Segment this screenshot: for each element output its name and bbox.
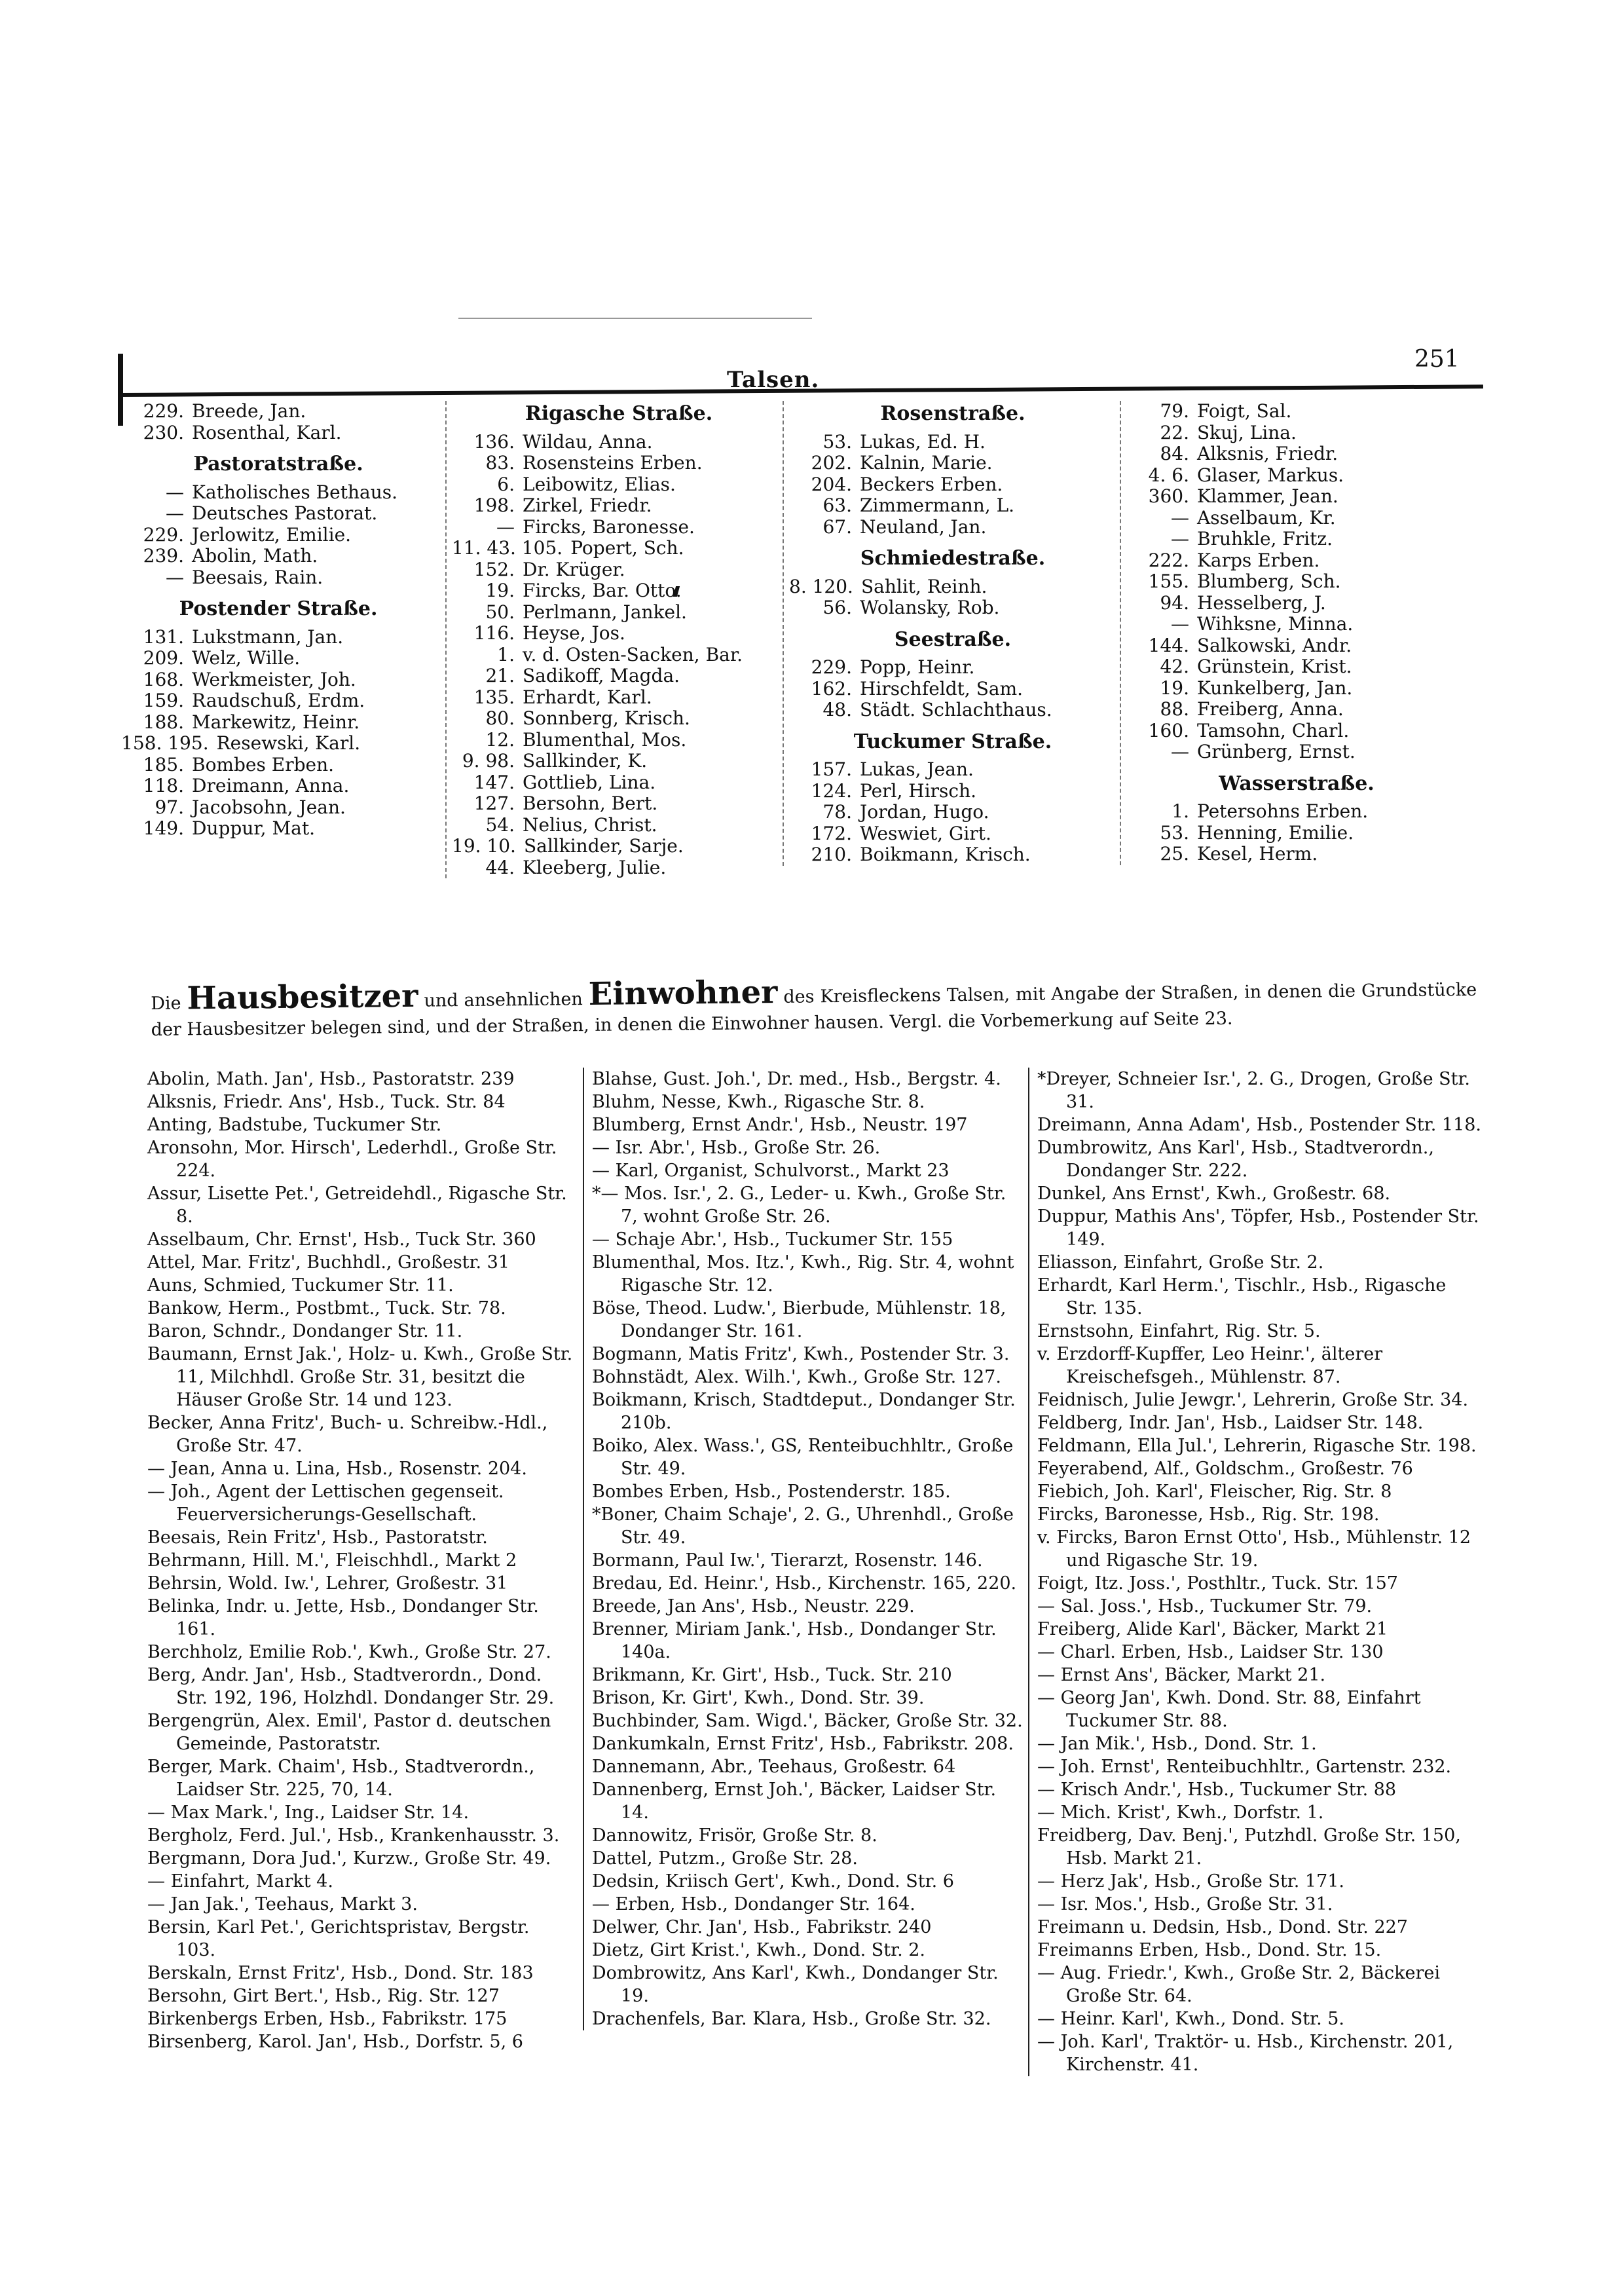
house-number: 157. [789, 759, 852, 781]
owner-name: Kunkelberg, Jan. [1197, 677, 1352, 699]
resident-entry: Beesais, Rein Fritz', Hsb., Pastoratstr. [147, 1526, 573, 1549]
resident-entry: Baumann, Ernst Jak.', Holz- u. Kwh., Gro… [147, 1343, 573, 1411]
resident-entry: Fiebich, Joh. Karl', Fleischer, Rig. Str… [1037, 1480, 1483, 1503]
owner-entry: 202.Kalnin, Marie. [789, 453, 1116, 474]
resident-entry: *Boner, Chaim Schaje', 2. G., Uhrenhdl.,… [592, 1503, 1024, 1549]
house-number: 168. [121, 669, 184, 691]
owner-entry: 11. 43. 105.Popert, Sch. [452, 538, 786, 559]
resident-entry: Freiberg, Alide Karl', Bäcker, Markt 21 [1037, 1618, 1483, 1641]
owner-name: Welz, Wille. [192, 647, 300, 669]
house-number: 144. [1126, 635, 1189, 657]
owner-entry: 185.Bombes Erben. [121, 755, 435, 776]
resident-entry: Behrsin, Wold. Iw.', Lehrer, Großestr. 3… [147, 1572, 573, 1595]
resident-entry: Bergholz, Ferd. Jul.', Hsb., Krankenhaus… [147, 1824, 573, 1847]
owner-name: Freiberg, Anna. [1197, 698, 1344, 720]
owner-entry: 204.Beckers Erben. [789, 474, 1116, 496]
owner-name: Asselbaum, Kr. [1197, 507, 1336, 529]
owner-name: Grünstein, Krist. [1197, 656, 1352, 677]
owner-entry: 210.Boikmann, Krisch. [789, 844, 1116, 866]
owner-name: Fircks, Baronesse. [523, 516, 695, 538]
section-introduction: Die Hausbesitzer und ansehnlichen Einwoh… [151, 972, 1477, 1043]
owner-entry: 54.Nelius, Christ. [452, 815, 786, 836]
resident-entry: v. Fircks, Baron Ernst Otto', Hsb., Mühl… [1037, 1526, 1483, 1572]
resident-entry: Dannemann, Abr., Teehaus, Großestr. 64 [592, 1755, 1024, 1778]
resident-entry: Attel, Mar. Fritz', Buchhdl., Großestr. … [147, 1251, 573, 1274]
owner-entry: —Deutsches Pastorat. [121, 503, 435, 525]
house-number: 131. [121, 627, 184, 648]
house-number: 152. [452, 559, 515, 581]
owner-entry: 1.Petersohns Erben. [1126, 801, 1467, 823]
resident-entry: — Georg Jan', Kwh. Dond. Str. 88, Einfah… [1037, 1687, 1483, 1732]
house-number: 79. [1126, 401, 1189, 422]
resident-entry: — Herz Jak', Hsb., Große Str. 171. [1037, 1870, 1483, 1893]
owner-entry: 83.Rosensteins Erben. [452, 453, 786, 474]
house-number: — [452, 517, 515, 538]
resident-entry: Anting, Badstube, Tuckumer Str. [147, 1113, 573, 1136]
owner-entry: —Bruhkle, Fritz. [1126, 529, 1467, 550]
owner-name: Jacobsohn, Jean. [192, 796, 346, 818]
house-number: 1. [452, 644, 515, 666]
owner-entry: 19.Fircks, Bar. Otto. [452, 580, 786, 602]
owner-entry: 67.Neuland, Jan. [789, 517, 1116, 538]
house-number: 78. [789, 802, 852, 823]
resident-entry: Brikmann, Kr. Girt', Hsb., Tuck. Str. 21… [592, 1664, 1024, 1687]
house-number: — [1126, 529, 1189, 550]
owner-name: Lukas, Jean. [860, 758, 974, 780]
owner-name: Blumberg, Sch. [1197, 570, 1341, 592]
owner-entry: 229.Popp, Heinr. [789, 657, 1116, 679]
owner-entry: 157.Lukas, Jean. [789, 759, 1116, 781]
resident-entry: — Krisch Andr.', Hsb., Tuckumer Str. 88 [1037, 1778, 1483, 1801]
street-heading: Rigasche Straße. [452, 403, 786, 425]
owner-entry: 50.Perlmann, Jankel. [452, 602, 786, 624]
resident-entry: — Joh. Ernst', Renteibuchhltr., Gartenst… [1037, 1755, 1483, 1778]
owner-entry: —Grünberg, Ernst. [1126, 741, 1467, 763]
house-number: 53. [789, 432, 852, 453]
resident-entry: Blumenthal, Mos. Itz.', Kwh., Rig. Str. … [592, 1251, 1024, 1297]
street-heading: Schmiedestraße. [789, 548, 1116, 570]
owner-name: Werkmeister, Joh. [192, 669, 356, 690]
resident-entry: Abolin, Math. Jan', Hsb., Pastoratstr. 2… [147, 1068, 573, 1091]
house-number: — [1126, 614, 1189, 635]
house-number: 6. [452, 474, 515, 496]
intro-prefix: Die [151, 994, 181, 1014]
owner-name: Grünberg, Ernst. [1197, 741, 1356, 762]
owner-entry: 147.Gottlieb, Lina. [452, 772, 786, 794]
owner-entry: 160.Tamsohn, Charl. [1126, 720, 1467, 742]
owner-name: Petersohns Erben. [1197, 800, 1368, 822]
owner-entry: 8. 120.Sahlit, Reinh. [789, 576, 1116, 598]
resident-entry: Bersohn, Girt Bert.', Hsb., Rig. Str. 12… [147, 1985, 573, 2007]
intro-middle: und ansehnlichen [424, 989, 583, 1011]
owner-name: Lukas, Ed. H. [860, 431, 986, 453]
owner-entry: 135.Erhardt, Karl. [452, 687, 786, 709]
house-number: 159. [121, 690, 184, 712]
house-number: 210. [789, 844, 852, 866]
resident-entry: — Aug. Friedr.', Kwh., Große Str. 2, Bäc… [1037, 1962, 1483, 2007]
owner-name: Perl, Hirsch. [860, 780, 976, 802]
owner-name: Erhardt, Karl. [523, 686, 652, 708]
owner-entry: 172.Weswiet, Girt. [789, 823, 1116, 845]
house-number: 116. [452, 623, 515, 644]
resident-entry: Birkenbergs Erben, Hsb., Fabrikstr. 175 [147, 2007, 573, 2030]
owner-entry: 116.Heyse, Jos. [452, 623, 786, 644]
owner-entry: 19. 10.Sallkinder, Sarje. [452, 836, 786, 857]
page-number: 251 [1414, 346, 1460, 373]
resident-entry: Bankow, Herm., Postbmt., Tuck. Str. 78. [147, 1297, 573, 1320]
owner-entry: 78.Jordan, Hugo. [789, 802, 1116, 823]
owner-name: Städt. Schlachthaus. [860, 699, 1052, 720]
owner-entry: 22.Skuj, Lina. [1126, 422, 1467, 444]
owner-name: Skuj, Lina. [1197, 422, 1297, 443]
resident-entry: — Mich. Krist', Kwh., Dorfstr. 1. [1037, 1801, 1483, 1824]
owner-entry: 158. 195.Resewski, Karl. [121, 733, 435, 755]
intro-heading-hausbesitzer: Hausbesitzer [187, 978, 418, 1017]
owner-name: Karps Erben. [1197, 550, 1319, 571]
resident-entry: Dedsin, Kriisch Gert', Kwh., Dond. Str. … [592, 1870, 1024, 1893]
owner-entry: 136.Wildau, Anna. [452, 432, 786, 453]
resident-entry: Boiko, Alex. Wass.', GS, Renteibuchhltr.… [592, 1434, 1024, 1480]
owner-name: Abolin, Math. [192, 545, 318, 567]
owner-name: Dreimann, Anna. [192, 775, 349, 796]
resident-entry: Buchbinder, Sam. Wigd.', Bäcker, Große S… [592, 1709, 1024, 1732]
street-heading: Tuckumer Straße. [789, 732, 1116, 753]
resident-entry: — Karl, Organist, Schulvorst., Markt 23 [592, 1159, 1024, 1182]
resident-entry: Berger, Mark. Chaim', Hsb., Stadtverordn… [147, 1755, 573, 1801]
owner-name: Lukstmann, Jan. [192, 626, 343, 648]
owner-entry: —Fircks, Baronesse. [452, 517, 786, 538]
resident-entry: Feldberg, Indr. Jan', Hsb., Laidser Str.… [1037, 1411, 1483, 1434]
owner-name: Hesselberg, J. [1197, 592, 1326, 614]
owner-entry: 48.Städt. Schlachthaus. [789, 700, 1116, 721]
resident-entry: Ernstsohn, Einfahrt, Rig. Str. 5. [1037, 1320, 1483, 1343]
resident-entry: Feyerabend, Alf., Goldschm., Großestr. 7… [1037, 1457, 1483, 1480]
resident-entry: Bluhm, Nesse, Kwh., Rigasche Str. 8. [592, 1091, 1024, 1113]
owner-name: Deutsches Pastorat. [192, 502, 377, 524]
resident-entry: Bredau, Ed. Heinr.', Hsb., Kirchenstr. 1… [592, 1572, 1024, 1595]
scan-artifact-line [458, 318, 812, 319]
owner-name: Henning, Emilie. [1197, 822, 1354, 844]
owner-name: Weswiet, Girt. [860, 823, 991, 844]
house-number: 229. [121, 525, 184, 546]
owner-name: Boikmann, Krisch. [860, 844, 1031, 865]
owner-entry: 159.Raudschuß, Erdm. [121, 690, 435, 712]
owner-entry: 9. 98.Sallkinder, K. [452, 751, 786, 772]
house-number: 229. [121, 401, 184, 422]
house-number: 124. [789, 781, 852, 802]
street-heading: Rosenstraße. [789, 403, 1116, 425]
owner-entry: 88.Freiberg, Anna. [1126, 699, 1467, 720]
owner-name: Neuland, Jan. [860, 516, 986, 538]
house-number: 1. [1126, 801, 1189, 823]
house-number: 8. 120. [789, 576, 853, 598]
resident-entry: Duppur, Mathis Ans', Töpfer, Hsb., Poste… [1037, 1205, 1483, 1251]
owner-name: Markewitz, Heinr. [192, 711, 360, 733]
resident-entry: — Isr. Abr.', Hsb., Große Str. 26. [592, 1136, 1024, 1159]
owner-name: Zirkel, Friedr. [523, 494, 652, 516]
owner-name: Popp, Heinr. [860, 656, 974, 678]
resident-entry: Dombrowitz, Ans Karl', Kwh., Dondanger S… [592, 1962, 1024, 2007]
house-number: — [121, 503, 184, 525]
owner-name: Kalnin, Marie. [860, 452, 993, 474]
house-number: 209. [121, 648, 184, 669]
owner-entry: 127.Bersohn, Bert. [452, 793, 786, 815]
street-directory-column-3: Rosenstraße.53.Lukas, Ed. H.202.Kalnin, … [783, 401, 1116, 866]
owner-name: Kleeberg, Julie. [523, 857, 666, 878]
house-number: 229. [789, 657, 852, 679]
owner-entry: 222.Karps Erben. [1126, 550, 1467, 572]
resident-entry: Bogmann, Matis Fritz', Kwh., Postender S… [592, 1343, 1024, 1366]
house-number: 155. [1126, 571, 1189, 593]
owner-name: Perlmann, Jankel. [523, 601, 687, 623]
resident-entry: Behrmann, Hill. M.', Fleischhdl., Markt … [147, 1549, 573, 1572]
owner-entry: 84.Alksnis, Friedr. [1126, 443, 1467, 465]
resident-entry: Freimanns Erben, Hsb., Dond. Str. 15. [1037, 1939, 1483, 1962]
house-number: 149. [121, 818, 184, 840]
resident-entry: Foigt, Itz. Joss.', Posthltr., Tuck. Str… [1037, 1572, 1483, 1595]
owner-name: Gottlieb, Lina. [523, 772, 655, 793]
resident-entry: Boikmann, Krisch, Stadtdeput., Dondanger… [592, 1389, 1024, 1434]
owner-entry: 44.Kleeberg, Julie. [452, 857, 786, 879]
resident-entry: Alksnis, Friedr. Ans', Hsb., Tuck. Str. … [147, 1091, 573, 1113]
resident-entry: Berg, Andr. Jan', Hsb., Stadtverordn., D… [147, 1664, 573, 1709]
house-number: 204. [789, 474, 852, 496]
owner-entry: 19.Kunkelberg, Jan. [1126, 678, 1467, 700]
owner-name: Glaser, Markus. [1197, 464, 1344, 486]
resident-entry: Berchholz, Emilie Rob.', Kwh., Große Str… [147, 1641, 573, 1664]
owner-entry: 79.Foigt, Sal. [1126, 401, 1467, 422]
resident-entry: Dattel, Putzm., Große Str. 28. [592, 1847, 1024, 1870]
resident-entry: — Erben, Hsb., Dondanger Str. 164. [592, 1893, 1024, 1916]
house-number: — [1126, 508, 1189, 529]
owner-name: Resewski, Karl. [217, 732, 361, 754]
owner-name: Salkowski, Andr. [1197, 635, 1352, 656]
owner-name: Hirschfeldt, Sam. [860, 678, 1023, 700]
resident-entry: Eliasson, Einfahrt, Große Str. 2. [1037, 1251, 1483, 1274]
owner-entry: 239.Abolin, Math. [121, 546, 435, 567]
owner-entry: 360.Klammer, Jean. [1126, 486, 1467, 508]
owner-name: Rosenthal, Karl. [192, 422, 342, 443]
street-heading: Postender Straße. [121, 599, 435, 620]
owner-entry: 229.Jerlowitz, Emilie. [121, 525, 435, 546]
owner-entry: 155.Blumberg, Sch. [1126, 571, 1467, 593]
resident-entry: Aronsohn, Mor. Hirsch', Lederhdl., Große… [147, 1136, 573, 1182]
owner-name: Sallkinder, Sarje. [524, 835, 684, 857]
house-number: 127. [452, 793, 515, 815]
owner-name: Sallkinder, K. [523, 750, 647, 772]
owner-entry: 21.Sadikoff, Magda. [452, 665, 786, 687]
house-number: 230. [121, 422, 184, 444]
owner-name: Beesais, Rain. [192, 567, 323, 588]
house-number: 21. [452, 665, 515, 687]
resident-entry: Bormann, Paul Iw.', Tierarzt, Rosenstr. … [592, 1549, 1024, 1572]
house-number: 135. [452, 687, 515, 709]
house-number: — [121, 567, 184, 589]
resident-entry: Berskaln, Ernst Fritz', Hsb., Dond. Str.… [147, 1962, 573, 1985]
house-number: 50. [452, 602, 515, 624]
house-number: 4. 6. [1126, 465, 1189, 487]
owner-entry: 42.Grünstein, Krist. [1126, 656, 1467, 678]
resident-entry: Feidnisch, Julie Jewgr.', Lehrerin, Groß… [1037, 1389, 1483, 1411]
house-number: 25. [1126, 844, 1189, 865]
owner-entry: —Wihksne, Minna. [1126, 614, 1467, 635]
resident-entry: Delwer, Chr. Jan', Hsb., Fabrikstr. 240 [592, 1916, 1024, 1939]
house-number: 48. [789, 700, 852, 721]
owner-entry: 12.Blumenthal, Mos. [452, 730, 786, 751]
resident-entry: — Heinr. Karl', Kwh., Dond. Str. 5. [1037, 2007, 1483, 2030]
house-number: 67. [789, 517, 852, 538]
owner-entry: 131.Lukstmann, Jan. [121, 627, 435, 648]
resident-entry: Fircks, Baronesse, Hsb., Rig. Str. 198. [1037, 1503, 1483, 1526]
house-number: 136. [452, 432, 515, 453]
owner-entry: 4. 6.Glaser, Markus. [1126, 465, 1467, 487]
owner-entry: 149.Duppur, Mat. [121, 818, 435, 840]
owner-name: Fircks, Bar. Otto. [523, 580, 682, 601]
house-number: 63. [789, 495, 852, 517]
resident-entry: — Einfahrt, Markt 4. [147, 1870, 573, 1893]
owner-entry: —Beesais, Rain. [121, 567, 435, 589]
resident-entry: v. Erzdorff-Kupffer, Leo Heinr.', ältere… [1037, 1343, 1483, 1389]
resident-entry: Dankumkaln, Ernst Fritz', Hsb., Fabrikst… [592, 1732, 1024, 1755]
owner-name: Bruhkle, Fritz. [1197, 528, 1333, 550]
house-number: 84. [1126, 443, 1189, 465]
resident-entry: — Schaje Abr.', Hsb., Tuckumer Str. 155 [592, 1228, 1024, 1251]
resident-entry: Blahse, Gust. Joh.', Dr. med., Hsb., Ber… [592, 1068, 1024, 1091]
house-number: 118. [121, 775, 184, 797]
house-number: 11. 43. 105. [452, 538, 563, 559]
resident-entry: Erhardt, Karl Herm.', Tischlr., Hsb., Ri… [1037, 1274, 1483, 1320]
resident-entry: Dannenberg, Ernst Joh.', Bäcker, Laidser… [592, 1778, 1024, 1824]
owner-name: Nelius, Christ. [523, 814, 657, 836]
resident-entry: Blumberg, Ernst Andr.', Hsb., Neustr. 19… [592, 1113, 1024, 1136]
house-number: 97. [121, 797, 184, 819]
owner-entry: 53.Lukas, Ed. H. [789, 432, 1116, 453]
street-heading: Seestraße. [789, 629, 1116, 651]
owner-name: Klammer, Jean. [1197, 485, 1338, 507]
resident-entry: — Joh., Agent der Lettischen gegenseit. … [147, 1480, 573, 1526]
owner-name: v. d. Osten-Sacken, Bar. [523, 644, 743, 665]
house-number: 222. [1126, 550, 1189, 572]
owner-entry: —Katholisches Bethaus. [121, 482, 435, 504]
house-number: 80. [452, 708, 515, 730]
house-number: 88. [1126, 699, 1189, 720]
owner-entry: 80.Sonnberg, Krisch. [452, 708, 786, 730]
resident-entry: — Jan Jak.', Teehaus, Markt 3. [147, 1893, 573, 1916]
owner-name: Bersohn, Bert. [523, 793, 657, 814]
owner-entry: 25.Kesel, Herm. [1126, 844, 1467, 865]
house-number: 12. [452, 730, 515, 751]
owner-name: Zimmermann, L. [860, 494, 1014, 516]
owner-name: Rosensteins Erben. [523, 452, 703, 474]
house-number: 185. [121, 755, 184, 776]
resident-entry: Dannowitz, Frisör, Große Str. 8. [592, 1824, 1024, 1847]
resident-entry: Brison, Kr. Girt', Kwh., Dond. Str. 39. [592, 1687, 1024, 1709]
resident-entry: Freidberg, Dav. Benj.', Putzhdl. Große S… [1037, 1824, 1483, 1870]
resident-entry: Dietz, Girt Krist.', Kwh., Dond. Str. 2. [592, 1939, 1024, 1962]
owner-name: Breede, Jan. [192, 400, 306, 422]
owner-entry: 168.Werkmeister, Joh. [121, 669, 435, 691]
owner-name: Raudschuß, Erdm. [192, 690, 365, 711]
owner-name: Sonnberg, Krisch. [523, 707, 690, 729]
house-number: 83. [452, 453, 515, 474]
owner-name: Katholisches Bethaus. [192, 481, 397, 503]
resident-list-column-2: Blahse, Gust. Joh.', Dr. med., Hsb., Ber… [583, 1068, 1024, 2030]
owner-name: Tamsohn, Charl. [1197, 720, 1349, 741]
owner-name: Foigt, Sal. [1197, 400, 1291, 422]
resident-entry: Bergengrün, Alex. Emil', Pastor d. deuts… [147, 1709, 573, 1755]
owner-name: Blumenthal, Mos. [523, 729, 686, 751]
house-number: 94. [1126, 593, 1189, 614]
owner-entry: 118.Dreimann, Anna. [121, 775, 435, 797]
resident-entry: Dunkel, Ans Ernst', Kwh., Großestr. 68. [1037, 1182, 1483, 1205]
house-number: 54. [452, 815, 515, 836]
owner-name: Bombes Erben. [192, 754, 334, 775]
resident-entry: Asselbaum, Chr. Ernst', Hsb., Tuck Str. … [147, 1228, 573, 1251]
house-number: 360. [1126, 486, 1189, 508]
house-number: 44. [452, 857, 515, 879]
owner-entry: 94.Hesselberg, J. [1126, 593, 1467, 614]
street-directory-column-4: 79.Foigt, Sal.22.Skuj, Lina.84.Alksnis, … [1120, 401, 1467, 865]
house-number: 53. [1126, 823, 1189, 844]
resident-entry: Freimann u. Dedsin, Hsb., Dond. Str. 227 [1037, 1916, 1483, 1939]
resident-entry: Dumbrowitz, Ans Karl', Hsb., Stadtverord… [1037, 1136, 1483, 1182]
house-number: 56. [789, 597, 852, 619]
resident-entry: Bersin, Karl Pet.', Gerichtspristav, Ber… [147, 1916, 573, 1962]
owner-entry: 162.Hirschfeldt, Sam. [789, 679, 1116, 700]
resident-entry: — Jan Mik.', Hsb., Dond. Str. 1. [1037, 1732, 1483, 1755]
resident-entry: Baron, Schndr., Dondanger Str. 11. [147, 1320, 573, 1343]
owner-entry: 209.Welz, Wille. [121, 648, 435, 669]
resident-entry: Feldmann, Ella Jul.', Lehrerin, Rigasche… [1037, 1434, 1483, 1457]
owner-entry: 144.Salkowski, Andr. [1126, 635, 1467, 657]
resident-list-column-3: *Dreyer, Schneier Isr.', 2. G., Drogen, … [1028, 1068, 1483, 2076]
resident-entry: Böse, Theod. Ludw.', Bierbude, Mühlenstr… [592, 1297, 1024, 1343]
house-number: 19. [452, 580, 515, 602]
resident-entry: *Dreyer, Schneier Isr.', 2. G., Drogen, … [1037, 1068, 1483, 1113]
resident-entry: Drachenfels, Bar. Klara, Hsb., Große Str… [592, 2007, 1024, 2030]
resident-entry: Becker, Anna Fritz', Buch- u. Schreibw.-… [147, 1411, 573, 1457]
owner-entry: 6.Leibowitz, Elias. [452, 474, 786, 496]
owner-entry: 97.Jacobsohn, Jean. [121, 797, 435, 819]
house-number: 172. [789, 823, 852, 845]
owner-name: Jordan, Hugo. [860, 801, 989, 823]
owner-name: Popert, Sch. [570, 537, 684, 559]
resident-entry: Bergmann, Dora Jud.', Kurzw., Große Str.… [147, 1847, 573, 1870]
resident-entry: Birsenberg, Karol. Jan', Hsb., Dorfstr. … [147, 2030, 573, 2053]
street-directory-column-2: Rigasche Straße.136.Wildau, Anna.83.Rose… [445, 401, 786, 878]
resident-entry: — Jean, Anna u. Lina, Hsb., Rosenstr. 20… [147, 1457, 573, 1480]
house-number: 19. [1126, 678, 1189, 700]
resident-entry: — Ernst Ans', Bäcker, Markt 21. [1037, 1664, 1483, 1687]
house-number: 239. [121, 546, 184, 567]
street-heading: Pastoratstraße. [121, 454, 435, 476]
resident-entry: — Isr. Mos.', Hsb., Große Str. 31. [1037, 1893, 1483, 1916]
owner-name: Sahlit, Reinh. [861, 576, 987, 597]
owner-entry: 230.Rosenthal, Karl. [121, 422, 435, 444]
house-number: — [1126, 741, 1189, 763]
house-number: 158. 195. [121, 733, 209, 755]
owner-entry: 1.v. d. Osten-Sacken, Bar. [452, 644, 786, 666]
owner-name: Wildau, Anna. [523, 431, 653, 453]
resident-entry: Breede, Jan Ans', Hsb., Neustr. 229. [592, 1595, 1024, 1618]
owner-entry: 198.Zirkel, Friedr. [452, 495, 786, 517]
owner-entry: 63.Zimmermann, L. [789, 495, 1116, 517]
street-heading: Wasserstraße. [1126, 774, 1467, 795]
resident-entry: *— Mos. Isr.', 2. G., Leder- u. Kwh., Gr… [592, 1182, 1024, 1228]
intro-heading-einwohner: Einwohner [588, 974, 777, 1013]
resident-entry: Belinka, Indr. u. Jette, Hsb., Dondanger… [147, 1595, 573, 1641]
owner-entry: 188.Markewitz, Heinr. [121, 712, 435, 734]
